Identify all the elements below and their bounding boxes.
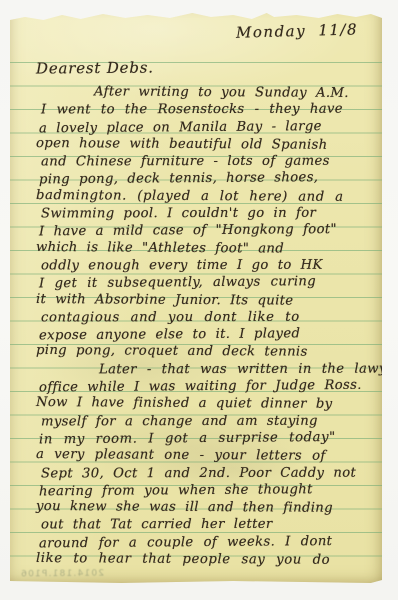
letter-line: Now I have finished a quiet dinner by [36,394,374,413]
handwriting-layer: Monday 11/8 Dearest Debs. After writing … [10,12,382,583]
letter-line: contagious and you dont like to [41,308,374,326]
letter-line: I get it subsequently, always curing [39,273,374,293]
letter-line: myself for a change and am staying [41,412,374,430]
letter-body: After writing to you Sunday A.M.I went t… [36,84,374,568]
letter-salutation: Dearest Debs. [36,58,154,77]
letter-line: open house with beautiful old Spanish [36,135,374,154]
letter-line: After writing to you Sunday A.M. [36,83,374,102]
letter-line: which is like "Athletes foot" and [36,239,374,258]
letter-line: I went to the Rosenstocks - they have [41,101,374,119]
letter-line: ping pong, croquet and deck tennis [36,342,374,361]
letter-line: out that Tat carried her letter [41,516,374,534]
letter-line: I have a mild case of "Hongkong foot" [39,221,374,241]
letter-line: like to hear that people say you do [36,550,374,569]
accession-stamp: 2014.181.P106 [20,569,104,580]
letter-line: Sept 30, Oct 1 and 2nd. Poor Caddy not [41,464,374,482]
letter-line: ping pong, deck tennis, horse shoes, [39,169,374,189]
letter-line: it with Absorbine Junior. Its quite [36,291,374,310]
letter-line: a lovely place on Manila Bay - large [39,117,374,137]
letter-paper: Monday 11/8 Dearest Debs. After writing … [10,12,382,583]
scan-background: { "letter": { "date": "Monday 11/8", "sa… [0,0,398,600]
letter-date: Monday 11/8 [236,20,358,41]
letter-line: a very pleasant one - your letters of [36,446,374,465]
letter-line: oddly enough every time I go to HK [41,257,374,275]
letter-line: Later - that was written in the lawyers [41,360,374,378]
letter-line: you knew she was ill and then finding [36,498,374,517]
letter-line: badmington. (played a lot here) and a [36,187,374,206]
